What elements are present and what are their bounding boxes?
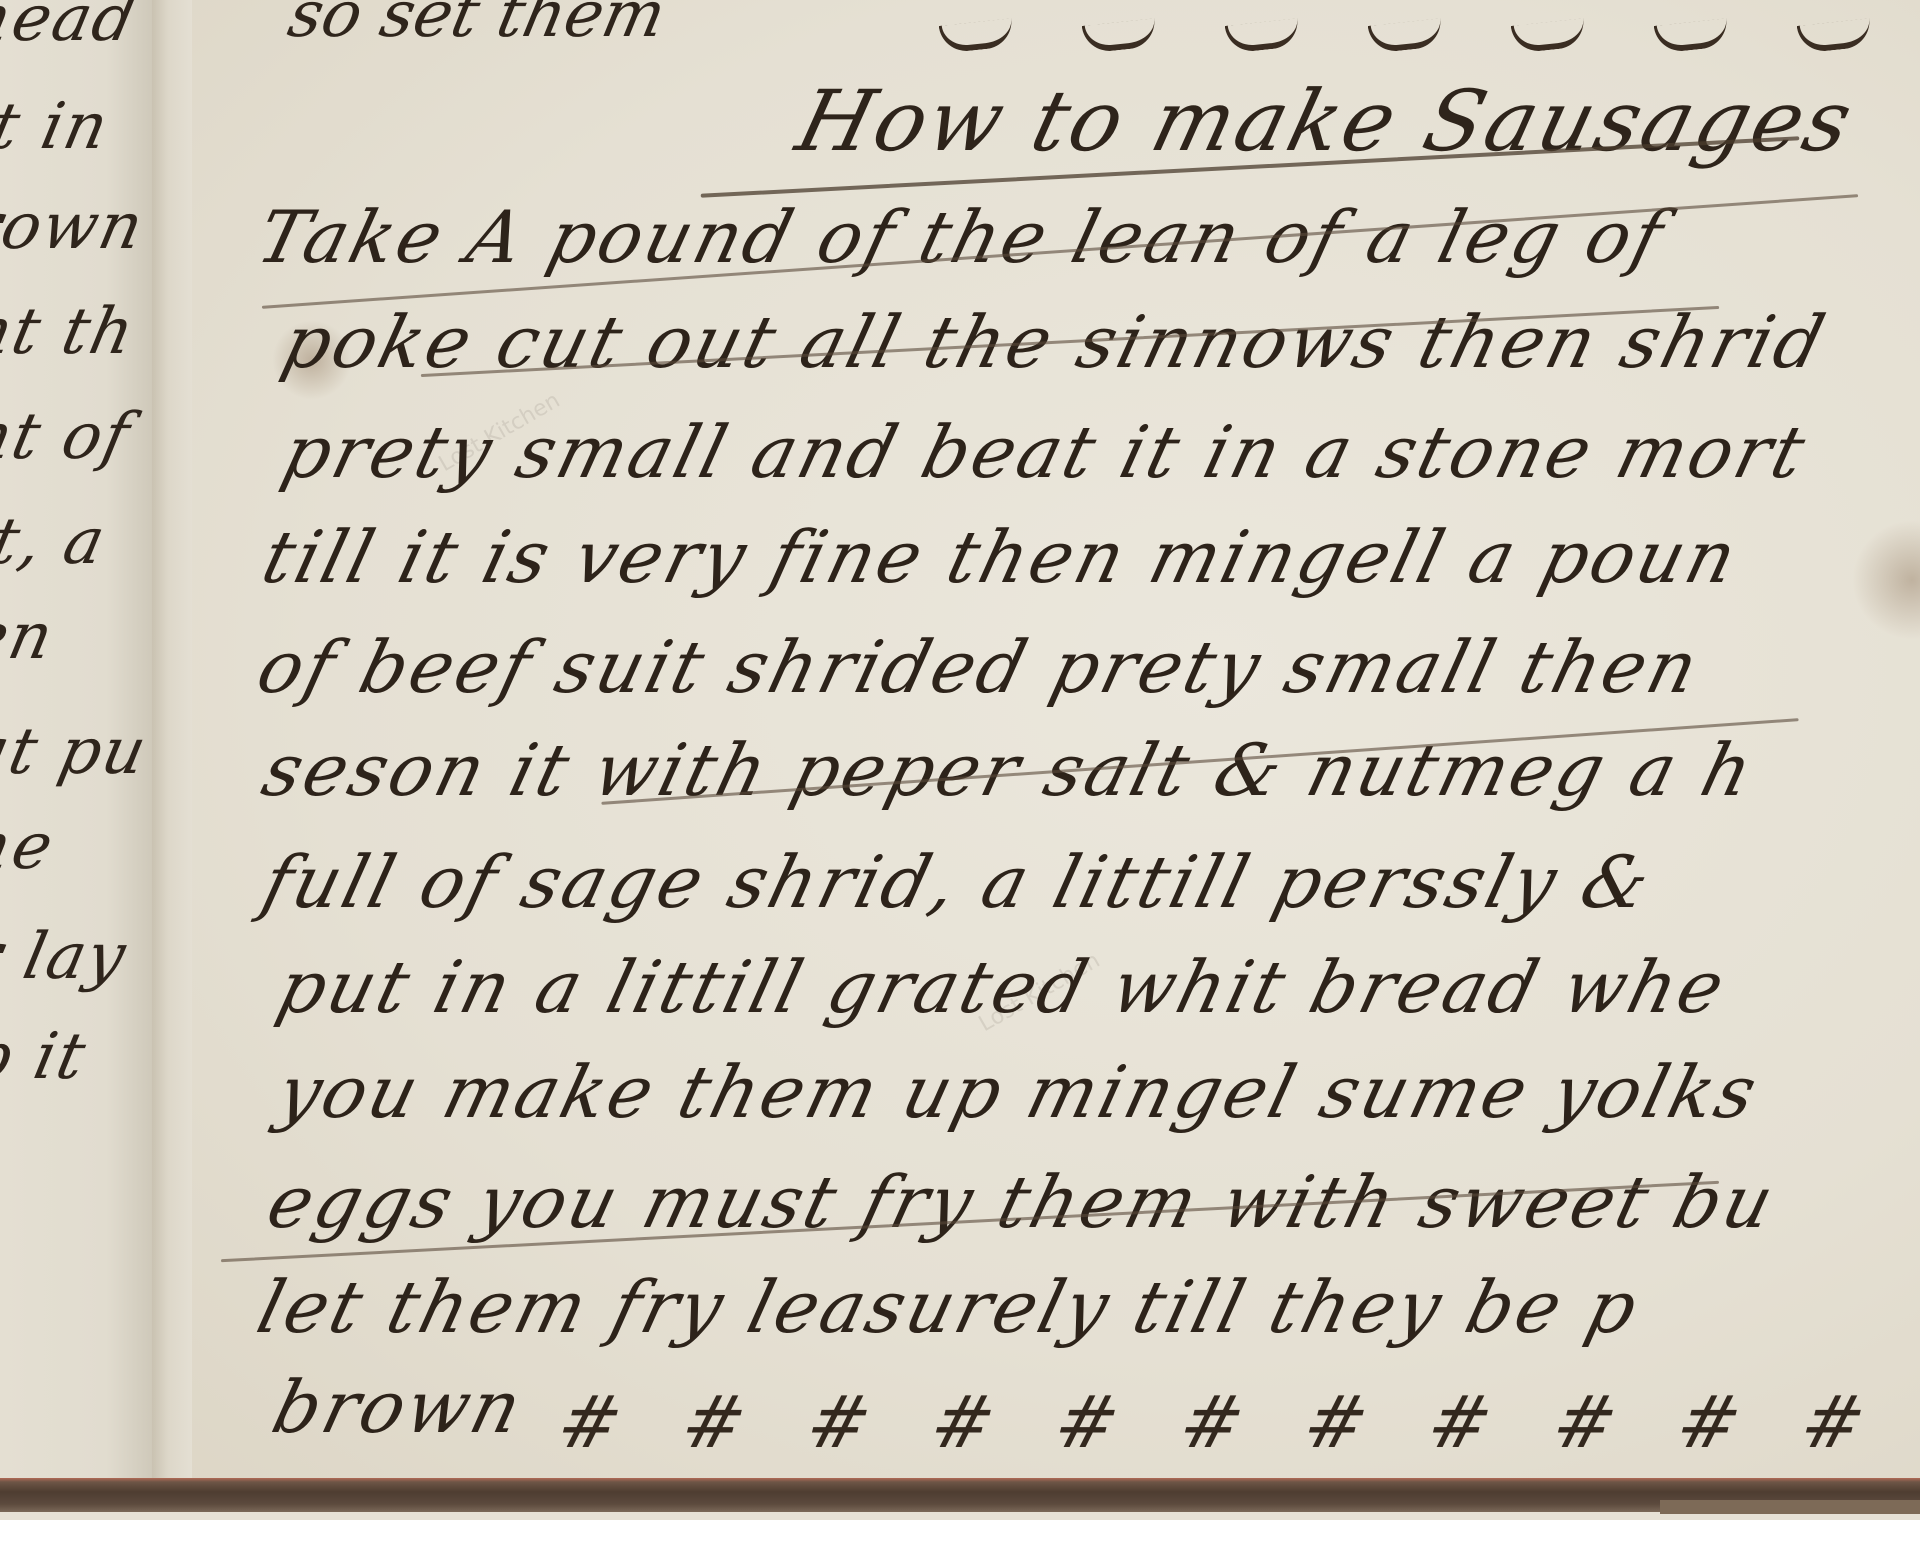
ink-stain — [1852, 520, 1920, 640]
left-fragment: it in — [0, 90, 116, 164]
separator-flourishes — [940, 22, 1920, 62]
end-mark: # — [1668, 1380, 1749, 1464]
book-gutter — [152, 0, 192, 1480]
left-fragment: it, a — [0, 505, 113, 579]
flourish-mark — [1511, 18, 1587, 53]
flourish-mark — [1797, 18, 1873, 53]
recipe-line: Take A pound of the lean of a leg of — [250, 195, 1674, 279]
end-mark: # — [923, 1380, 1004, 1464]
flourish-mark — [939, 18, 1015, 53]
left-fragment: en — [0, 600, 61, 674]
left-fragment: rown — [0, 190, 151, 264]
recipe-line: let them fry leasurely till they be p — [250, 1265, 1649, 1349]
end-of-recipe-marks: # # # # # # # # # # # — [560, 1380, 1864, 1464]
previous-recipe-ending: so set them — [282, 0, 672, 52]
end-mark: # — [1793, 1380, 1874, 1464]
recipe-line: you make them up mingel sume yolks — [270, 1050, 1768, 1134]
recipe-line: full of sage shrid, a littill perssly & — [255, 840, 1661, 924]
left-fragment: p it — [0, 1020, 93, 1094]
book-binding-edge — [0, 1478, 1920, 1512]
left-fragment: he — [0, 810, 61, 884]
end-mark: # — [1171, 1380, 1252, 1464]
end-mark: # — [1047, 1380, 1128, 1464]
flourish-mark — [1082, 18, 1158, 53]
end-mark: # — [798, 1380, 879, 1464]
left-fragment: nt of — [0, 400, 137, 474]
recipe-line: put in a littill grated whit bread whe — [270, 945, 1736, 1029]
flourish-mark — [1654, 18, 1730, 53]
left-fragment: head — [0, 0, 144, 56]
recipe-line: brown — [265, 1365, 533, 1449]
end-mark: # — [550, 1380, 631, 1464]
flourish-mark — [1225, 18, 1301, 53]
end-mark: # — [674, 1380, 755, 1464]
left-fragment: nt th — [0, 295, 142, 369]
end-mark: # — [1544, 1380, 1625, 1464]
recipe-line: seson it with peper salt & nutmeg a h — [255, 728, 1764, 812]
open-manuscript-book: head it in rown nt th nt of it, a en at … — [0, 0, 1920, 1520]
left-fragment: r lay — [0, 920, 134, 994]
end-mark: # — [1295, 1380, 1376, 1464]
recipe-line: eggs you must fry them with sweet bu — [260, 1160, 1785, 1244]
flourish-mark — [1368, 18, 1444, 53]
recipe-line: of beef suit shrided prety small then — [250, 625, 1709, 709]
left-page: head it in rown nt th nt of it, a en at … — [0, 0, 152, 1500]
recipe-line: till it is very fine then mingell a poun — [255, 515, 1748, 599]
recipe-line: prety small and beat it in a stone mort — [275, 410, 1816, 494]
end-mark: # — [1420, 1380, 1501, 1464]
left-fragment: at pu — [0, 715, 152, 789]
book-binding-cap — [1660, 1500, 1920, 1514]
recipe-title: How to make Sausages — [788, 72, 1864, 170]
